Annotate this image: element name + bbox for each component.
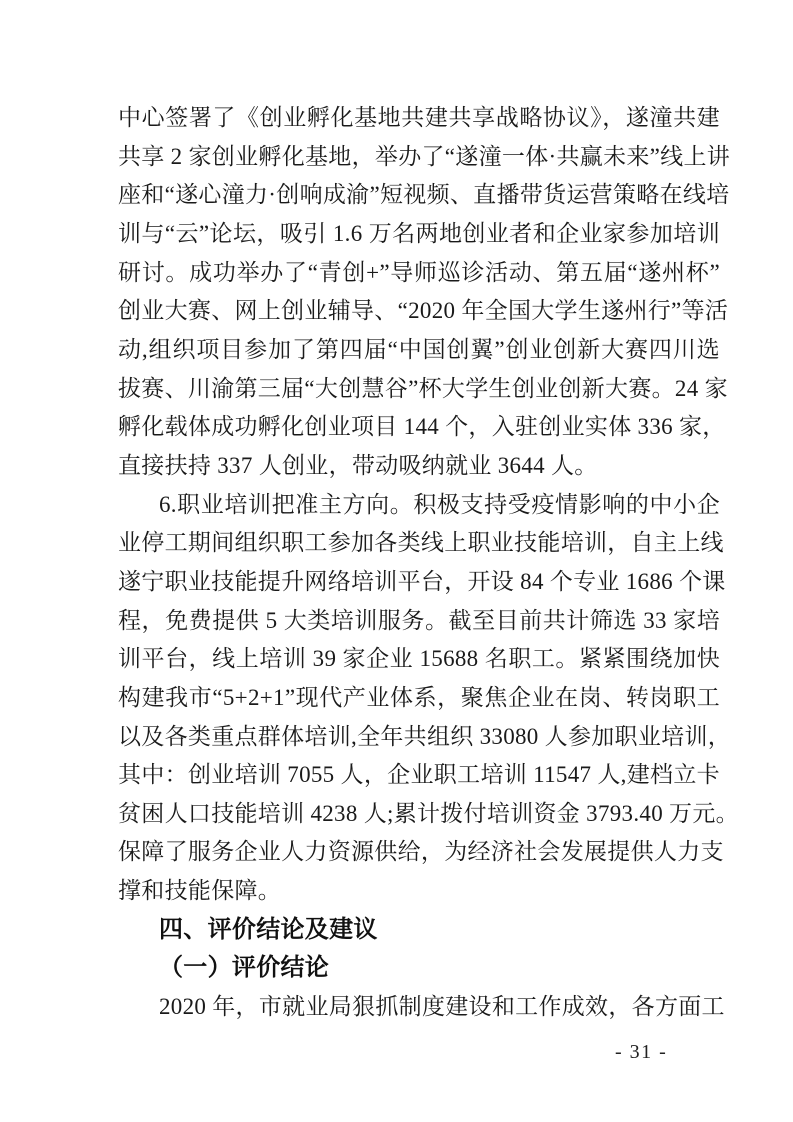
subsection-heading: （一）评价结论 — [118, 949, 720, 988]
text-line: 6.职业培训把准主方向。积极支持受疫情影响的中小企 — [118, 486, 720, 525]
document-text-block: 中心签署了《创业孵化基地共建共享战略协议》，遂潼共建共享 2 家创业孵化基地，举… — [118, 99, 720, 1027]
text-line: 贫困人口技能培训 4238 人;累计拨付培训资金 3793.40 万元。 — [118, 795, 720, 834]
text-line: 座和“遂心潼力·创响成渝”短视频、直播带货运营策略在线培 — [118, 176, 720, 215]
section-heading: 四、评价结论及建议 — [118, 911, 720, 950]
text-line: 其中：创业培训 7055 人，企业职工培训 11547 人,建档立卡 — [118, 756, 720, 795]
document-page: 中心签署了《创业孵化基地共建共享战略协议》，遂潼共建共享 2 家创业孵化基地，举… — [0, 0, 793, 1122]
text-line: 训平台，线上培训 39 家企业 15688 名职工。紧紧围绕加快 — [118, 640, 720, 679]
text-line: 直接扶持 337 人创业，带动吸纳就业 3644 人。 — [118, 447, 720, 486]
text-line: 业停工期间组织职工参加各类线上职业技能培训，自主上线 — [118, 524, 720, 563]
text-line: 动,组织项目参加了第四届“中国创翼”创业创新大赛四川选 — [118, 331, 720, 370]
text-line: 以及各类重点群体培训,全年共组织 33080 人参加职业培训， — [118, 718, 720, 757]
text-line: 孵化载体成功孵化创业项目 144 个，入驻创业实体 336 家， — [118, 408, 720, 447]
text-line: 构建我市“5+2+1”现代产业体系，聚焦企业在岗、转岗职工 — [118, 679, 720, 718]
text-line: 程，免费提供 5 大类培训服务。截至目前共计筛选 33 家培 — [118, 602, 720, 641]
text-line: 训与“云”论坛，吸引 1.6 万名两地创业者和企业家参加培训 — [118, 215, 720, 254]
text-line: 创业大赛、网上创业辅导、“2020 年全国大学生遂州行”等活 — [118, 292, 720, 331]
text-line: 遂宁职业技能提升网络培训平台，开设 84 个专业 1686 个课 — [118, 563, 720, 602]
page-number: - 31 - — [615, 1041, 667, 1063]
text-line: 拔赛、川渝第三届“大创慧谷”杯大学生创业创新大赛。24 家 — [118, 370, 720, 409]
text-line: 撑和技能保障。 — [118, 872, 720, 911]
text-line: 保障了服务企业人力资源供给，为经济社会发展提供人力支 — [118, 833, 720, 872]
text-line: 研讨。成功举办了“青创+”导师巡诊活动、第五届“遂州杯” — [118, 254, 720, 293]
text-line: 2020 年，市就业局狠抓制度建设和工作成效，各方面工 — [118, 988, 720, 1027]
text-line: 中心签署了《创业孵化基地共建共享战略协议》，遂潼共建 — [118, 99, 720, 138]
text-line: 共享 2 家创业孵化基地，举办了“遂潼一体·共赢未来”线上讲 — [118, 138, 720, 177]
